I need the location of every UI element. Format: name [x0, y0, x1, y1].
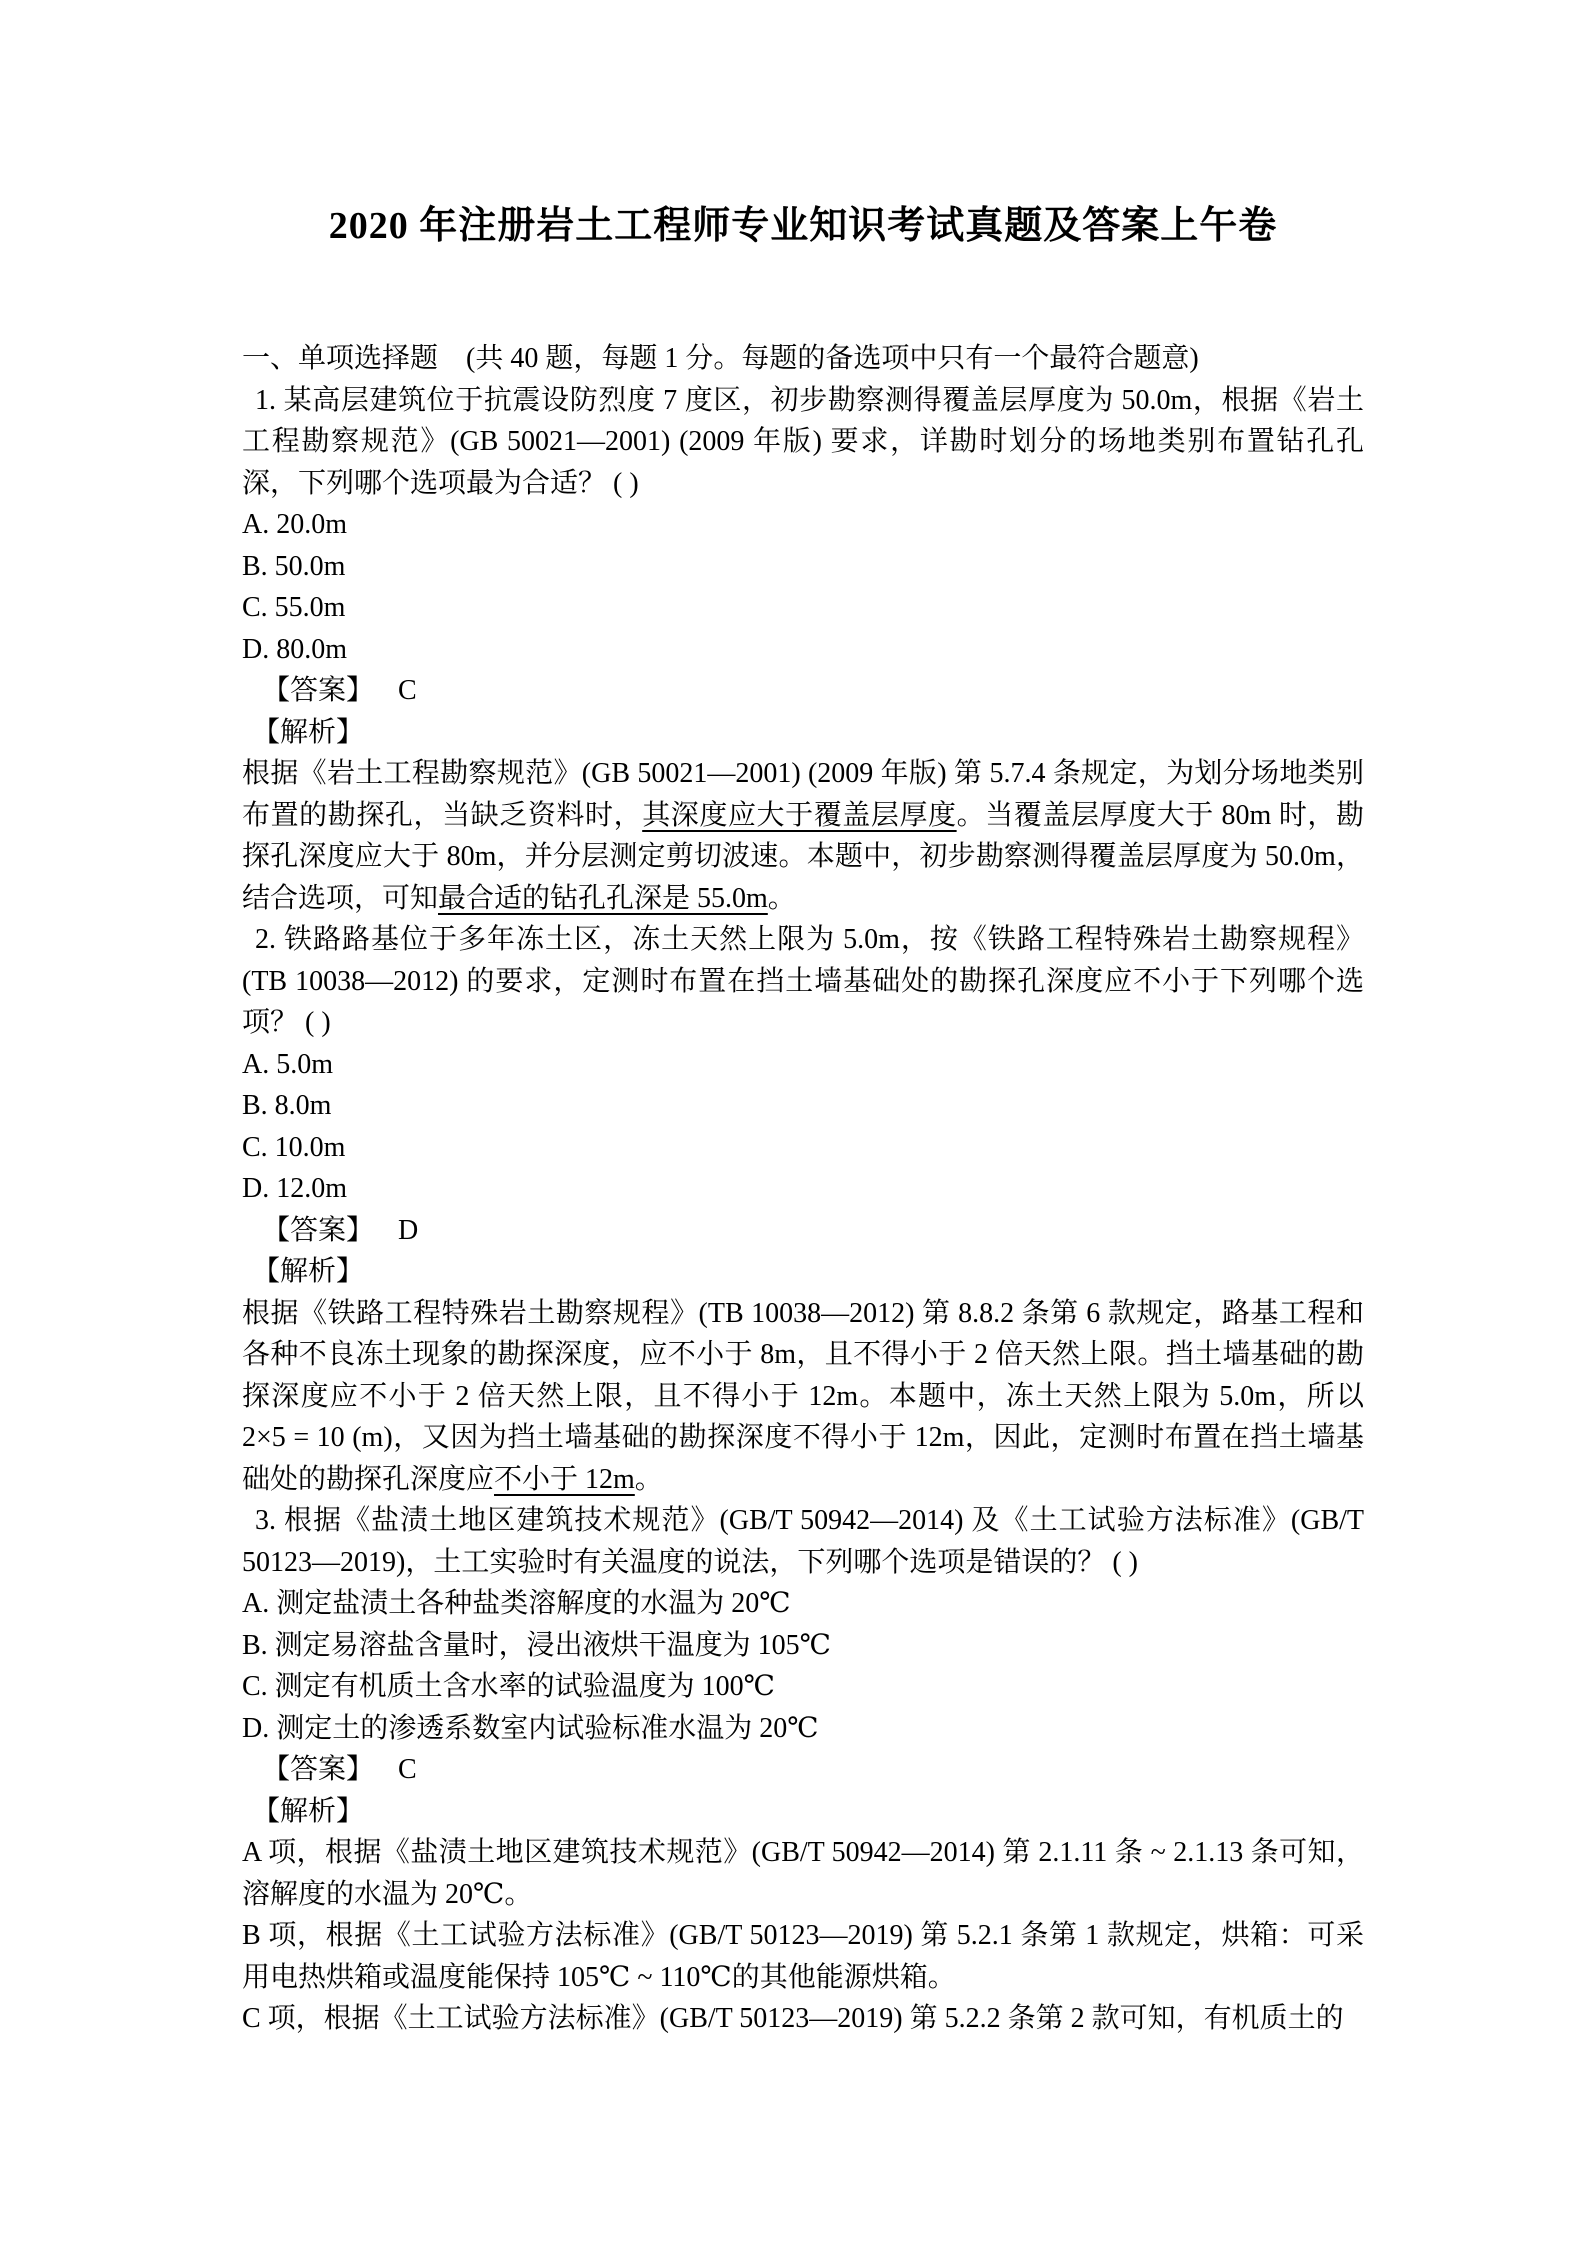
question-stem: 3. 根据《盐渍土地区建筑技术规范》(GB/T 50942—2014) 及《土工…	[242, 1500, 1364, 1583]
answer-value: C	[398, 675, 417, 706]
analysis-paragraph: B 项，根据《土工试验方法标准》(GB/T 50123—2019) 第 5.2.…	[242, 1915, 1364, 1998]
analysis-paragraph: C 项，根据《土工试验方法标准》(GB/T 50123—2019) 第 5.2.…	[242, 1998, 1364, 2040]
answer-value: C	[398, 1754, 417, 1785]
option-a: A. 5.0m	[242, 1044, 1364, 1086]
option-b: B. 8.0m	[242, 1085, 1364, 1127]
answer-label: 【答案】	[262, 1215, 374, 1246]
option-a: A. 20.0m	[242, 504, 1364, 546]
analysis-label: 【解析】	[242, 1791, 1364, 1833]
answer-label: 【答案】	[262, 675, 374, 706]
analysis-paragraph: 根据《铁路工程特殊岩土勘察规程》(TB 10038—2012) 第 8.8.2 …	[242, 1293, 1364, 1501]
question-stem: 2. 铁路路基位于多年冻土区，冻土天然上限为 5.0m，按《铁路工程特殊岩土勘察…	[242, 919, 1364, 1044]
option-c: C. 10.0m	[242, 1127, 1364, 1169]
document-content: 2020 年注册岩土工程师专业知识考试真题及答案上午卷 一、单项选择题 (共 4…	[242, 0, 1364, 2040]
option-c: C. 55.0m	[242, 587, 1364, 629]
option-d: D. 12.0m	[242, 1168, 1364, 1210]
question-3: 3. 根据《盐渍土地区建筑技术规范》(GB/T 50942—2014) 及《土工…	[242, 1500, 1364, 2040]
section-header: 一、单项选择题 (共 40 题，每题 1 分。每题的备选项中只有一个最符合题意)	[242, 338, 1364, 380]
answer-line: 【答案】D	[242, 1210, 1364, 1252]
option-b: B. 测定易溶盐含量时，浸出液烘干温度为 105℃	[242, 1625, 1364, 1667]
option-d: D. 80.0m	[242, 629, 1364, 671]
analysis-text: 根据《岩土工程勘察规范》(GB 50021—2001) (2009 年版) 第 …	[242, 753, 1364, 919]
option-c: C. 测定有机质土含水率的试验温度为 100℃	[242, 1666, 1364, 1708]
exam-document-page: 2020 年注册岩土工程师专业知识考试真题及答案上午卷 一、单项选择题 (共 4…	[0, 0, 1586, 2244]
analysis-label: 【解析】	[242, 1251, 1364, 1293]
question-stem: 1. 某高层建筑位于抗震设防烈度 7 度区，初步勘察测得覆盖层厚度为 50.0m…	[242, 380, 1364, 505]
answer-line: 【答案】C	[242, 1749, 1364, 1791]
question-2: 2. 铁路路基位于多年冻土区，冻土天然上限为 5.0m，按《铁路工程特殊岩土勘察…	[242, 919, 1364, 1500]
analysis-text: 根据《铁路工程特殊岩土勘察规程》(TB 10038—2012) 第 8.8.2 …	[242, 1293, 1364, 1501]
option-b: B. 50.0m	[242, 546, 1364, 588]
analysis-text: A 项，根据《盐渍土地区建筑技术规范》(GB/T 50942—2014) 第 2…	[242, 1832, 1364, 2040]
analysis-label: 【解析】	[242, 712, 1364, 754]
option-d: D. 测定土的渗透系数室内试验标准水温为 20℃	[242, 1708, 1364, 1750]
document-title: 2020 年注册岩土工程师专业知识考试真题及答案上午卷	[242, 0, 1364, 250]
document-body: 一、单项选择题 (共 40 题，每题 1 分。每题的备选项中只有一个最符合题意)…	[242, 338, 1364, 2040]
question-1: 1. 某高层建筑位于抗震设防烈度 7 度区，初步勘察测得覆盖层厚度为 50.0m…	[242, 380, 1364, 920]
answer-label: 【答案】	[262, 1754, 374, 1785]
option-a: A. 测定盐渍土各种盐类溶解度的水温为 20℃	[242, 1583, 1364, 1625]
answer-line: 【答案】C	[242, 670, 1364, 712]
answer-value: D	[398, 1215, 418, 1246]
analysis-paragraph: 根据《岩土工程勘察规范》(GB 50021—2001) (2009 年版) 第 …	[242, 753, 1364, 919]
analysis-paragraph: A 项，根据《盐渍土地区建筑技术规范》(GB/T 50942—2014) 第 2…	[242, 1832, 1364, 1915]
